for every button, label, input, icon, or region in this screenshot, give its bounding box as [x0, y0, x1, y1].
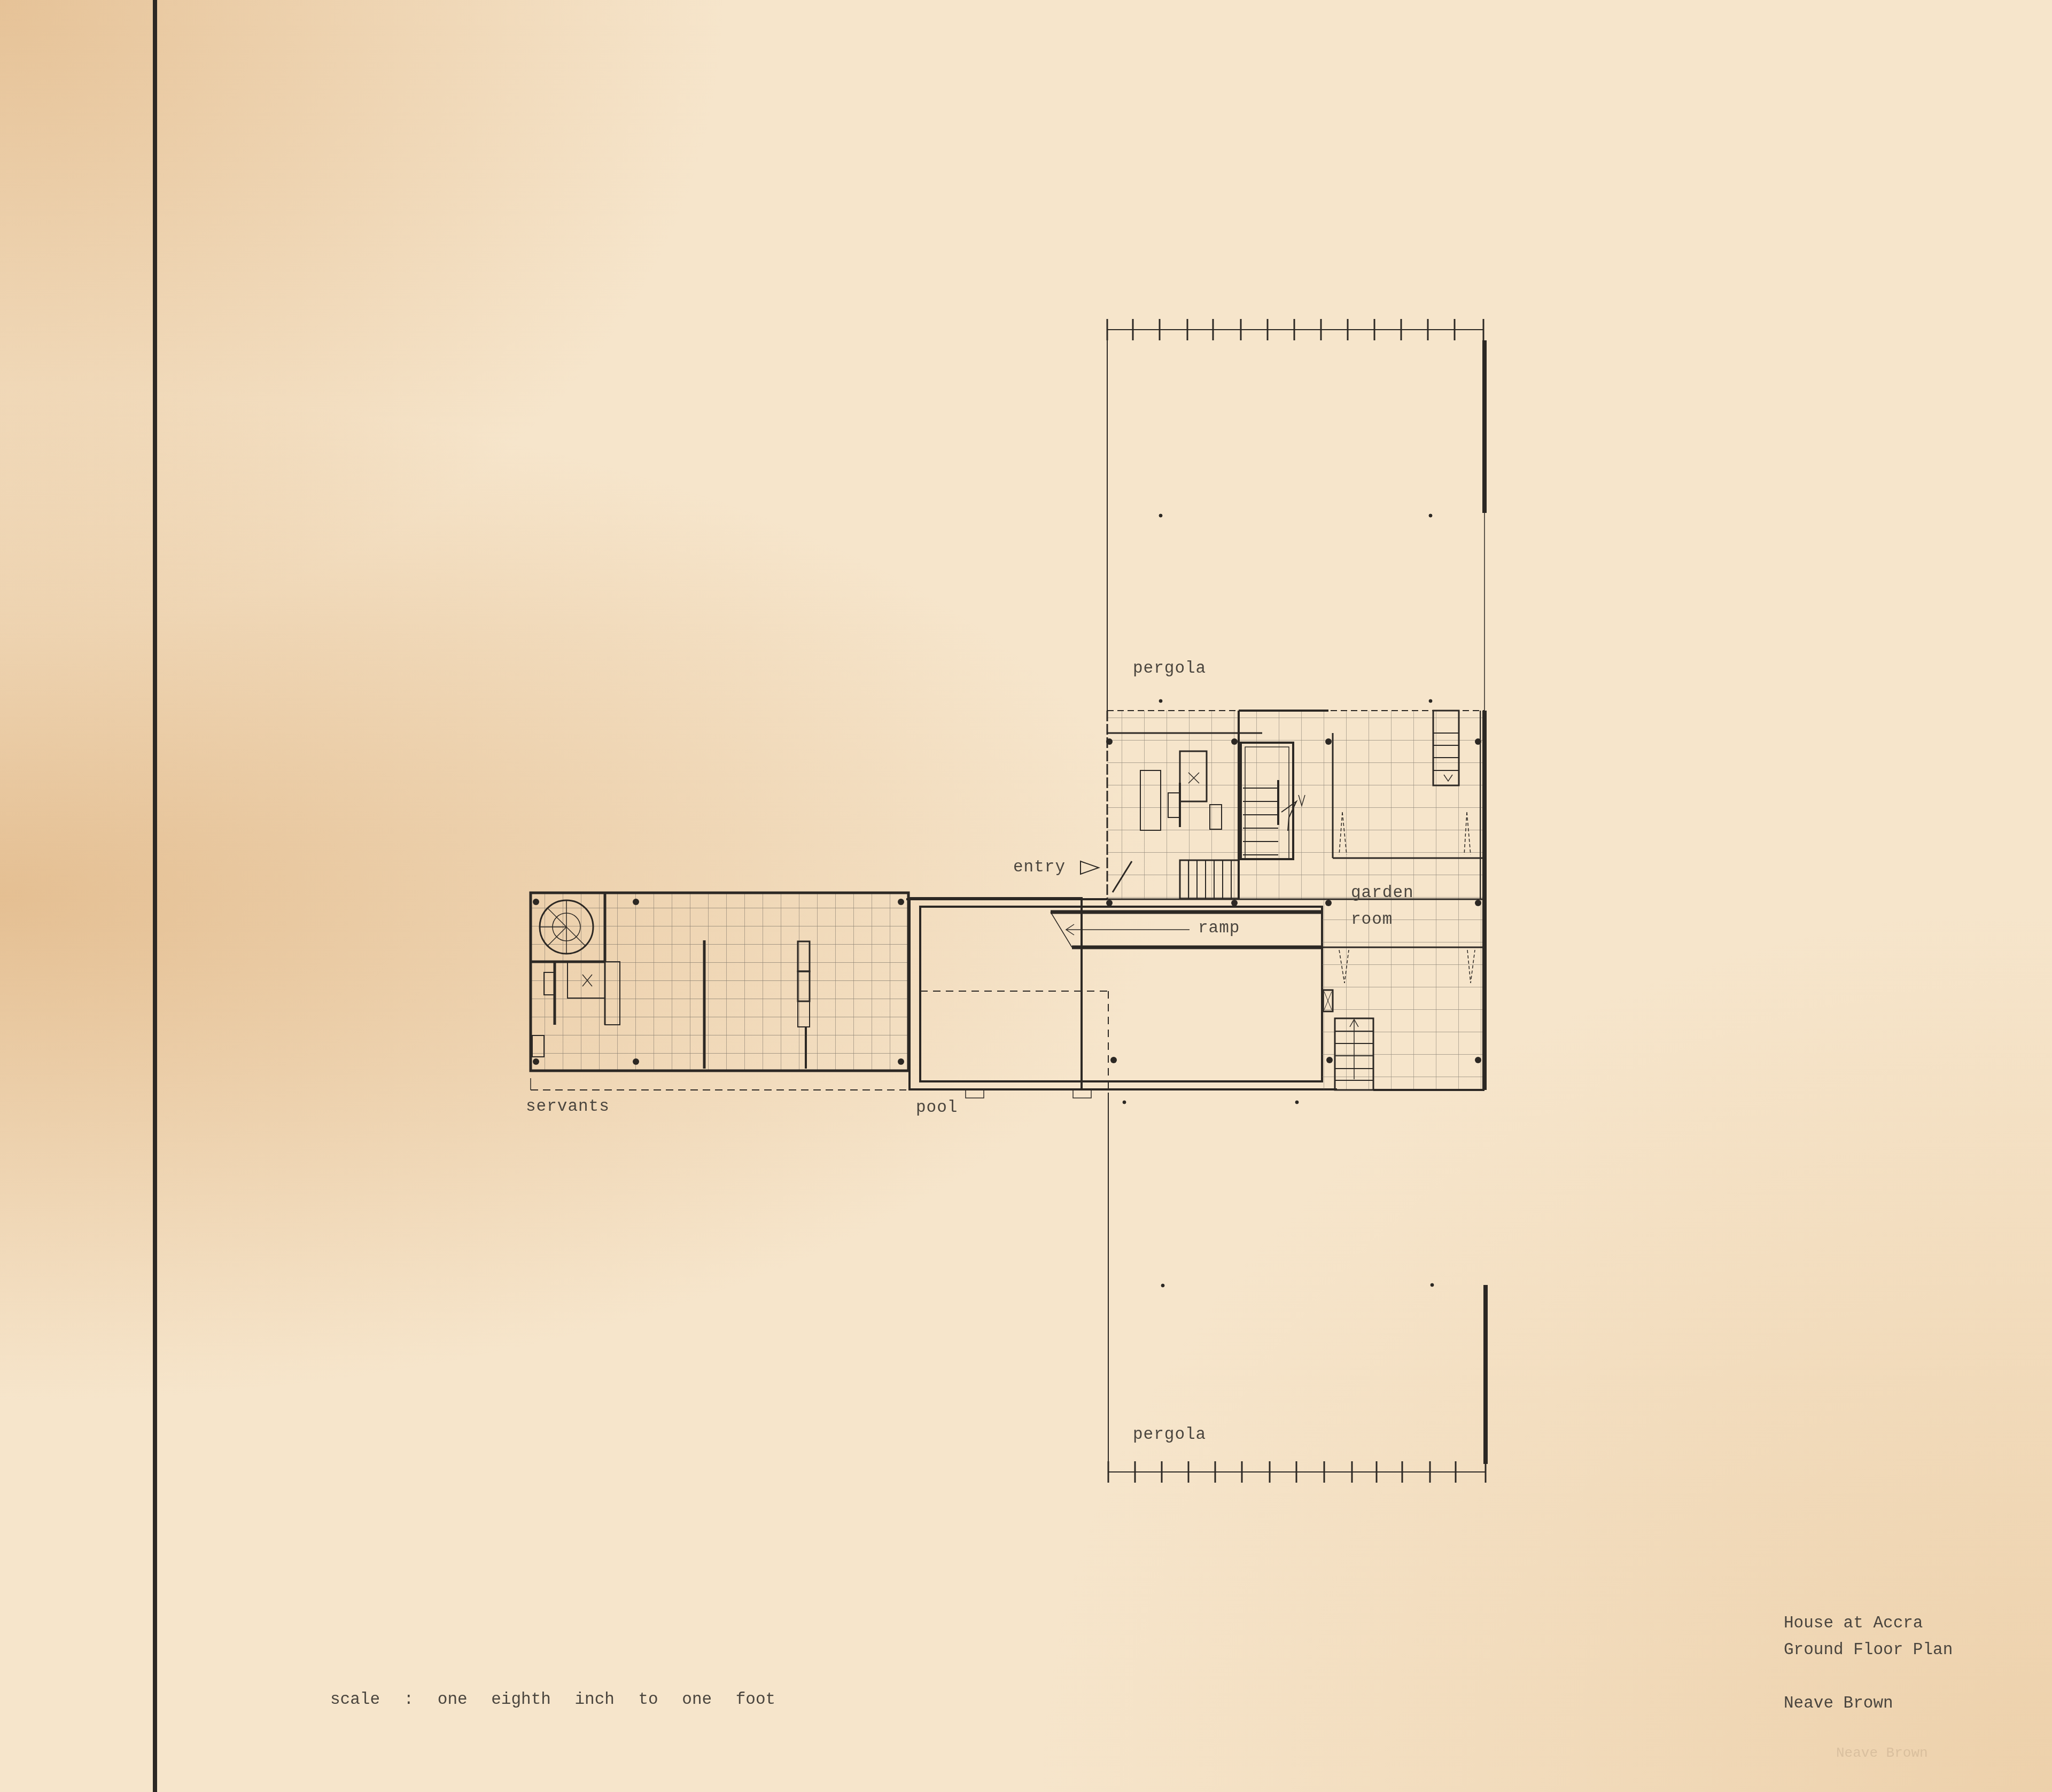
label-servants: servants [526, 1097, 610, 1116]
label-garden-room-line1: garden [1351, 884, 1414, 902]
servants-wing [531, 893, 908, 1090]
pergola-south [1108, 1093, 1486, 1483]
entry-arrow-icon [1081, 861, 1099, 874]
label-pergola-south: pergola [1133, 1425, 1206, 1444]
floor-plan-drawing [0, 0, 2052, 1792]
ramp [1051, 912, 1322, 947]
drawing-sheet: pergola entry ramp garden room servants … [0, 0, 2052, 1792]
pergola-north [1107, 319, 1484, 711]
label-entry: entry [1013, 858, 1066, 877]
architect-name: Neave Brown [1784, 1690, 1953, 1717]
project-title: House at Accra [1784, 1610, 1953, 1637]
pool [910, 898, 1337, 1098]
label-pergola-north: pergola [1133, 659, 1206, 678]
sheet-title: Ground Floor Plan [1784, 1637, 1953, 1664]
label-ramp: ramp [1198, 919, 1240, 938]
scale-note: scale : one eighth inch to one foot [330, 1690, 775, 1709]
faint-pencil-mark: Neave Brown [1836, 1745, 1928, 1761]
label-pool: pool [916, 1098, 958, 1117]
label-garden-room-line2: room [1351, 910, 1393, 929]
title-block: House at Accra Ground Floor Plan Neave B… [1784, 1610, 1953, 1717]
